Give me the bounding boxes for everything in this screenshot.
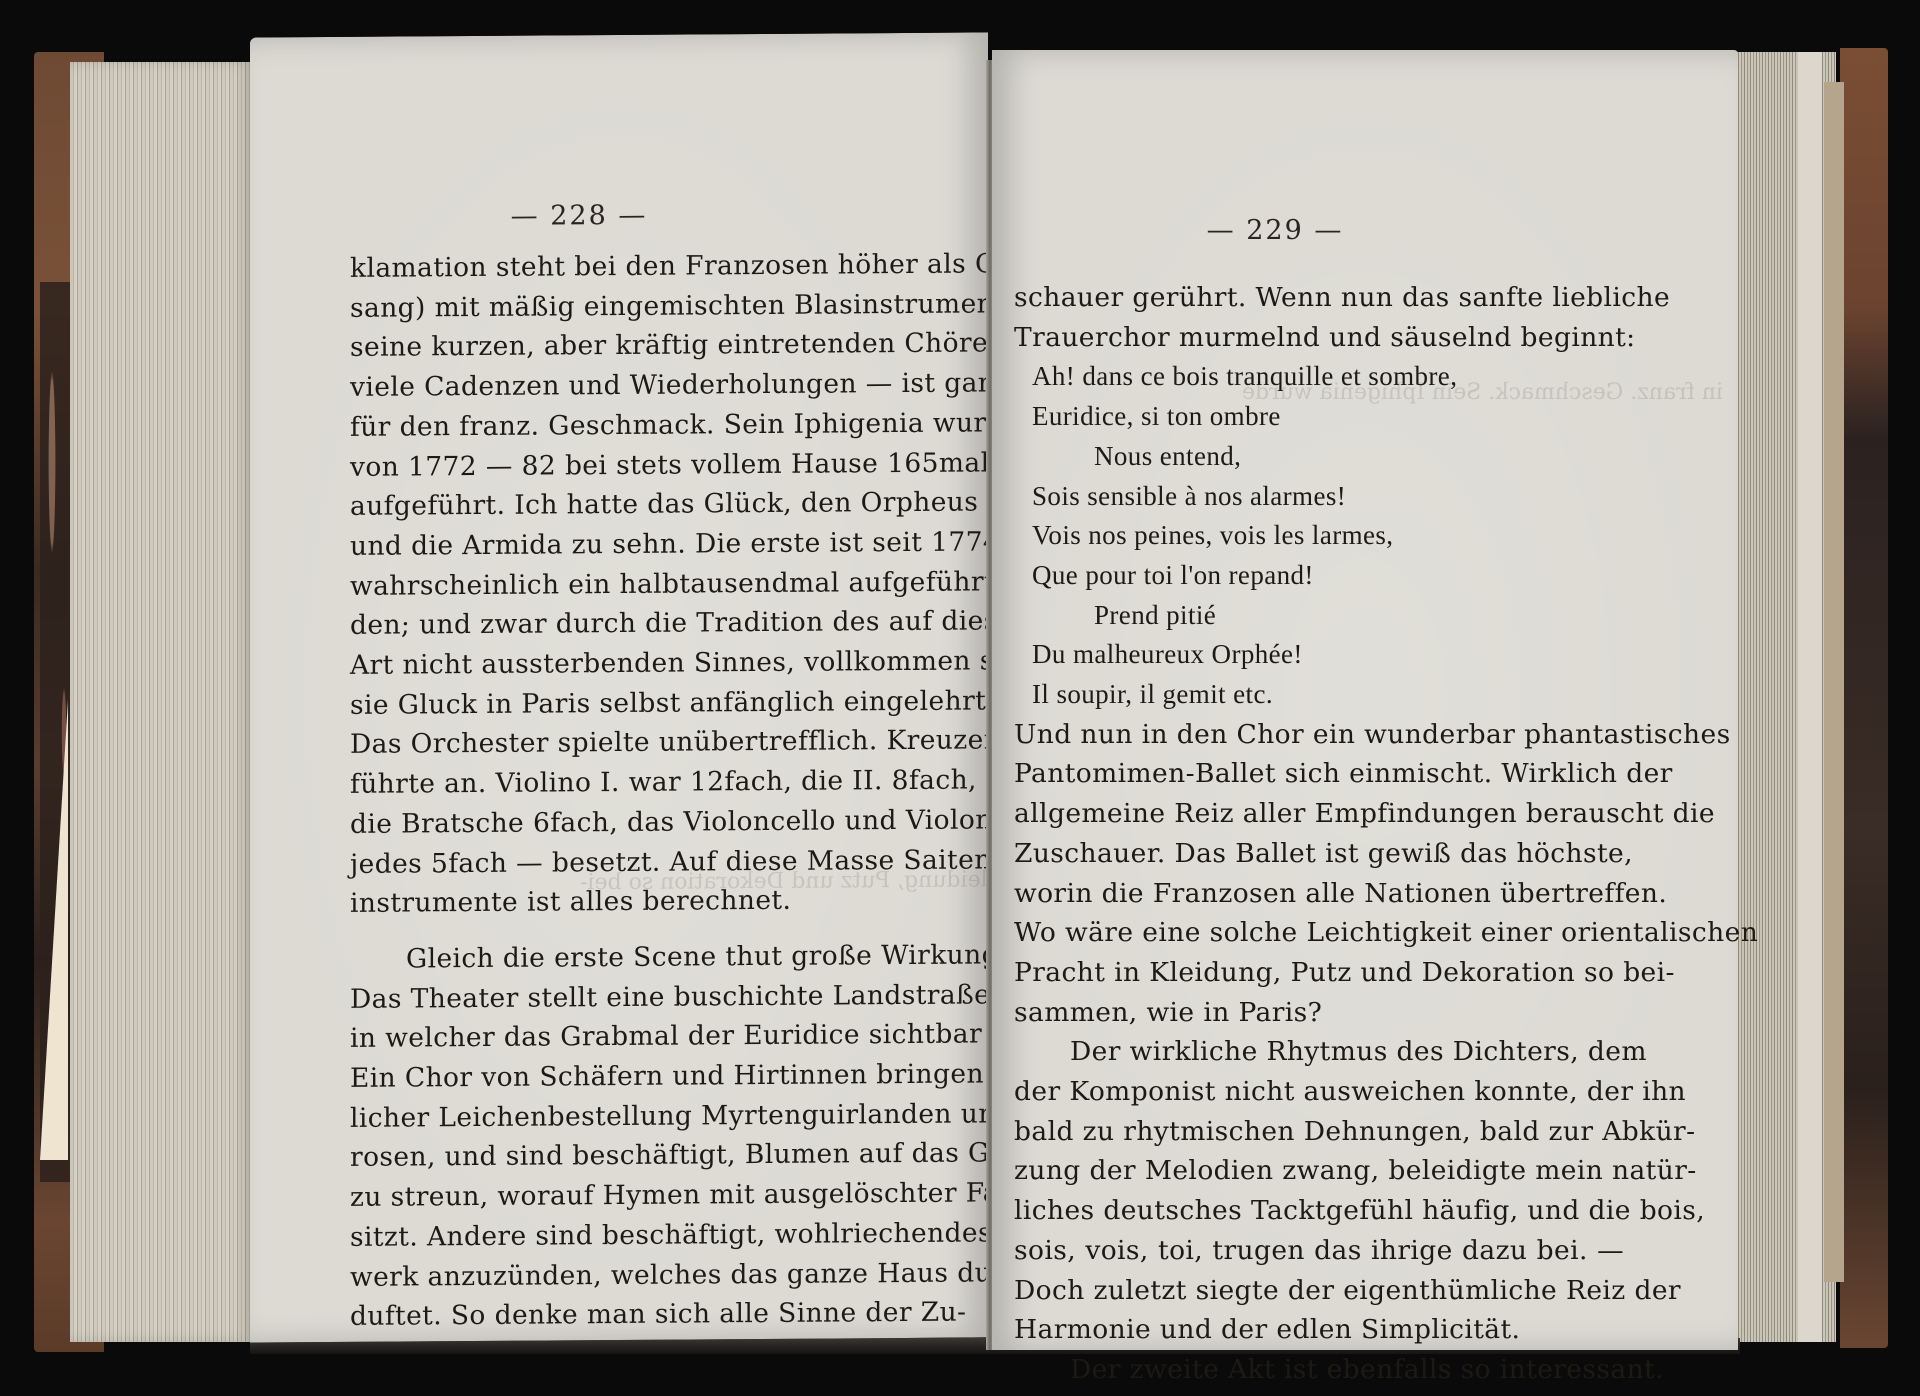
text-line: zu streun, worauf Hymen mit ausgelöschte… (350, 1174, 962, 1218)
text-line: sitzt. Andere sind beschäftigt, wohlriec… (350, 1213, 962, 1257)
text-line: zung der Melodien zwang, beleidigte mein… (1014, 1151, 1624, 1191)
text-line: Art nicht aussterbenden Sinnes, vollkomm… (350, 642, 962, 686)
text-line: schauer gerührt. Wenn nun das sanfte lie… (1014, 278, 1624, 318)
paragraph-first-line: Gleich die erste Scene thut große Wirkun… (350, 936, 962, 980)
text-line: sie Gluck in Paris selbst anfänglich ein… (350, 681, 962, 725)
text-line: führte an. Violino I. war 12fach, die II… (350, 761, 962, 805)
verse-line: Nous entend, (1014, 437, 1624, 477)
text-line: rosen, und sind beschäftigt, Blumen auf … (350, 1134, 962, 1178)
flyleaf (1798, 52, 1822, 1342)
text-line: Zuschauer. Das Ballet ist gewiß das höch… (1014, 834, 1624, 874)
left-page-stack (70, 62, 250, 1342)
text-line: duftet. So denke man sich alle Sinne der… (350, 1293, 962, 1337)
right-cover-leather (1840, 48, 1888, 1348)
text-line: werk anzuzünden, welches das ganze Haus … (350, 1253, 962, 1297)
text-line: Pantomimen-Ballet sich einmischt. Wirkli… (1014, 754, 1624, 794)
text-line: von 1772 — 82 bei stets vollem Hause 165… (350, 443, 962, 487)
text-line: den; und zwar durch die Tradition des au… (350, 602, 962, 646)
page-229: in franz. Geschmack. Sein Iphigenia wurd… (992, 50, 1738, 1350)
text-line: klamation steht bei den Franzosen höher … (350, 245, 962, 289)
verse-line: Sois sensible à nos alarmes! (1014, 477, 1624, 517)
text-line: Das Theater stellt eine buschichte Lands… (350, 975, 962, 1019)
right-page-stack (1736, 52, 1836, 1342)
open-book: Pracht in Kleidung, Putz und Dekoration … (0, 0, 1920, 1396)
text-line: sois, vois, toi, trugen das ihrige dazu … (1014, 1231, 1624, 1271)
verse-line: Vois nos peines, vois les larmes, (1014, 516, 1624, 556)
text-line: wahrscheinlich ein halbtausendmal aufgef… (350, 562, 962, 606)
verse-line: Prend pitié (1014, 596, 1624, 636)
text-line: allgemeine Reiz aller Empfindungen berau… (1014, 794, 1624, 834)
text-line: Harmonie und der edlen Simplicität. (1014, 1310, 1624, 1350)
paragraph-first-line: Der wirkliche Rhytmus des Dichters, dem (1014, 1032, 1624, 1072)
verse-line: Que pour toi l'on repand! (1014, 556, 1624, 596)
text-line: worin die Franzosen alle Nationen übertr… (1014, 874, 1624, 914)
text-line: sammen, wie in Paris? (1014, 993, 1624, 1033)
text-line: Doch zuletzt siegte der eigenthümliche R… (1014, 1271, 1624, 1311)
text-line: licher Leichenbestellung Myrtenguirlande… (350, 1094, 962, 1138)
text-line: Ein Chor von Schäfern und Hirtinnen brin… (350, 1055, 962, 1099)
text-line: Wo wäre eine solche Leichtigkeit einer o… (1014, 913, 1624, 953)
text-line: und die Armida zu sehn. Die erste ist se… (350, 523, 962, 567)
page-228: Pracht in Kleidung, Putz und Dekoration … (250, 32, 988, 1342)
verse-line: Euridice, si ton ombre (1014, 397, 1624, 437)
text-line: in welcher das Grabmal der Euridice sich… (350, 1015, 962, 1059)
text-line: viele Cadenzen und Wiederholungen — ist … (350, 364, 962, 408)
text-line: liches deutsches Tacktgefühl häufig, und… (1014, 1191, 1624, 1231)
text-line: der Komponist nicht ausweichen konnte, d… (1014, 1072, 1624, 1112)
text-line: instrumente ist alles berechnet. (350, 880, 962, 924)
text-line: für den franz. Geschmack. Sein Iphigenia… (350, 403, 962, 447)
text-line: Trauerchor murmelnd und säuselnd beginnt… (1014, 318, 1624, 358)
verse-line: Il soupir, il gemit etc. (1014, 675, 1624, 715)
text-line: bald zu rhytmischen Dehnungen, bald zur … (1014, 1112, 1624, 1152)
text-line: jedes 5fach — besetzt. Auf diese Masse S… (350, 840, 962, 884)
verse-line: Ah! dans ce bois tranquille et sombre, (1014, 357, 1624, 397)
verse-line: Du malheureux Orphée! (1014, 635, 1624, 675)
text-line: Und nun in den Chor ein wunderbar phanta… (1014, 715, 1624, 755)
paragraph-first-line: Der zweite Akt ist ebenfalls so interess… (1014, 1350, 1624, 1390)
text-line: seine kurzen, aber kräftig eintretenden … (350, 324, 962, 368)
body-text: klamation steht bei den Franzosen höher … (350, 245, 962, 1337)
text-line: aufgeführt. Ich hatte das Glück, den Orp… (350, 483, 962, 527)
page-number: — 228 — (210, 198, 948, 234)
body-text: schauer gerührt. Wenn nun das sanfte lie… (1014, 278, 1624, 1390)
text-line: Pracht in Kleidung, Putz und Dekoration … (1014, 953, 1624, 993)
text-line: Das Orchester spielte unübertrefflich. K… (350, 721, 962, 765)
endpaper-edge (1824, 82, 1844, 1282)
text-line: die Bratsche 6fach, das Violoncello und … (350, 800, 962, 844)
text-line: sang) mit mäßig eingemischten Blasinstru… (350, 284, 962, 328)
page-number: — 229 — (902, 215, 1648, 246)
